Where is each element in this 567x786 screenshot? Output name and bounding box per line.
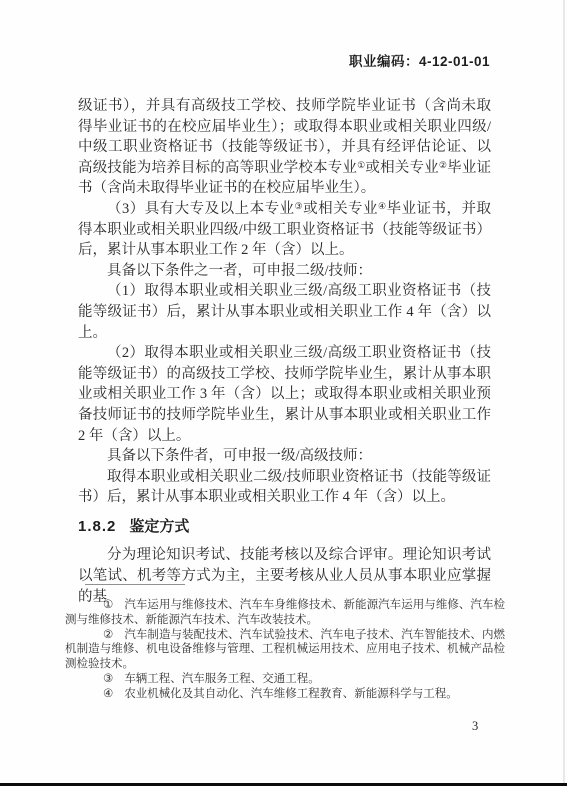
footnote-marker-4: ④ (103, 688, 113, 700)
footnote-text-1: 汽车运用与维修技术、汽车车身维修技术、新能源汽车运用与维修、汽车检测与维修技术、… (65, 599, 505, 626)
footnote-item-4: ④农业机械化及其自动化、汽车维修工程教育、新能源科学与工程。 (65, 687, 505, 702)
footnote-divider-rule (85, 584, 185, 585)
paragraph-level1-intro: 具备以下条件者，可申报一级/高级技师： (78, 446, 491, 467)
footnote-ref-4: ④ (378, 201, 387, 211)
footnote-marker-1: ① (103, 599, 113, 611)
occupation-code-header: 职业编码：4-12-01-01 (349, 50, 490, 70)
footnote-item-1: ①汽车运用与维修技术、汽车车身维修技术、新能源汽车运用与维修、汽车检测与维修技术… (65, 598, 505, 628)
footnote-ref-2: ② (439, 160, 447, 170)
footnotes-block: ①汽车运用与维修技术、汽车车身维修技术、新能源汽车运用与维修、汽车检测与维修技术… (65, 598, 505, 702)
footnote-marker-3: ③ (103, 673, 113, 685)
document-page: 职业编码：4-12-01-01 级证书），并具有高级技工学校、技师学院毕业证书（… (0, 0, 567, 786)
paragraph-level2-item-1: （1）取得本职业或相关职业三级/高级工职业资格证书（技能等级证书）后，累计从事本… (78, 281, 491, 343)
section-number: 1.8.2 (78, 518, 116, 535)
footnote-ref-3: ③ (295, 201, 304, 211)
footnote-item-3: ③车辆工程、汽车服务工程、交通工程。 (65, 672, 505, 687)
paragraph-level2-item-2: （2）取得本职业或相关职业三级/高级工职业资格证书（技能等级证书）的高级技工学校… (78, 343, 491, 446)
footnote-item-2: ②汽车制造与装配技术、汽车试验技术、汽车电子技术、汽车智能技术、内燃机制造与维修… (65, 628, 505, 672)
text-run: 或相关专业 (303, 201, 378, 217)
paragraph-continuation: 级证书），并具有高级技工学校、技师学院毕业证书（含尚未取得毕业证书的在校应届毕业… (78, 96, 491, 199)
footnote-text-2: 汽车制造与装配技术、汽车试验技术、汽车电子技术、汽车智能技术、内燃机制造与维修、… (65, 629, 505, 671)
footnote-text-4: 农业机械化及其自动化、汽车维修工程教育、新能源科学与工程。 (124, 688, 458, 700)
footnote-text-3: 车辆工程、汽车服务工程、交通工程。 (124, 673, 320, 685)
section-heading-1-8-2: 1.8.2鉴定方式 (78, 517, 491, 538)
paragraph-level1-condition: 取得本职业或相关职业二级/技师职业资格证书（技能等级证书）后，累计从事本职业或相… (78, 467, 491, 508)
paragraph-item-3: （3）具有大专及以上本专业③或相关专业④毕业证书，并取得本职业或相关职业四级/中… (78, 199, 491, 261)
text-run: 或相关专业 (365, 160, 438, 176)
scan-edge-line (563, 0, 565, 783)
page-number: 3 (472, 719, 478, 734)
paragraph-level2-intro: 具备以下条件之一者，可申报二级/技师： (78, 261, 491, 282)
footnote-marker-2: ② (103, 629, 113, 641)
text-run: （3）具有大专及以上本专业 (107, 201, 295, 217)
section-title: 鉴定方式 (129, 518, 189, 535)
page-body-text: 级证书），并具有高级技工学校、技师学院毕业证书（含尚未取得毕业证书的在校应届毕业… (78, 96, 491, 607)
